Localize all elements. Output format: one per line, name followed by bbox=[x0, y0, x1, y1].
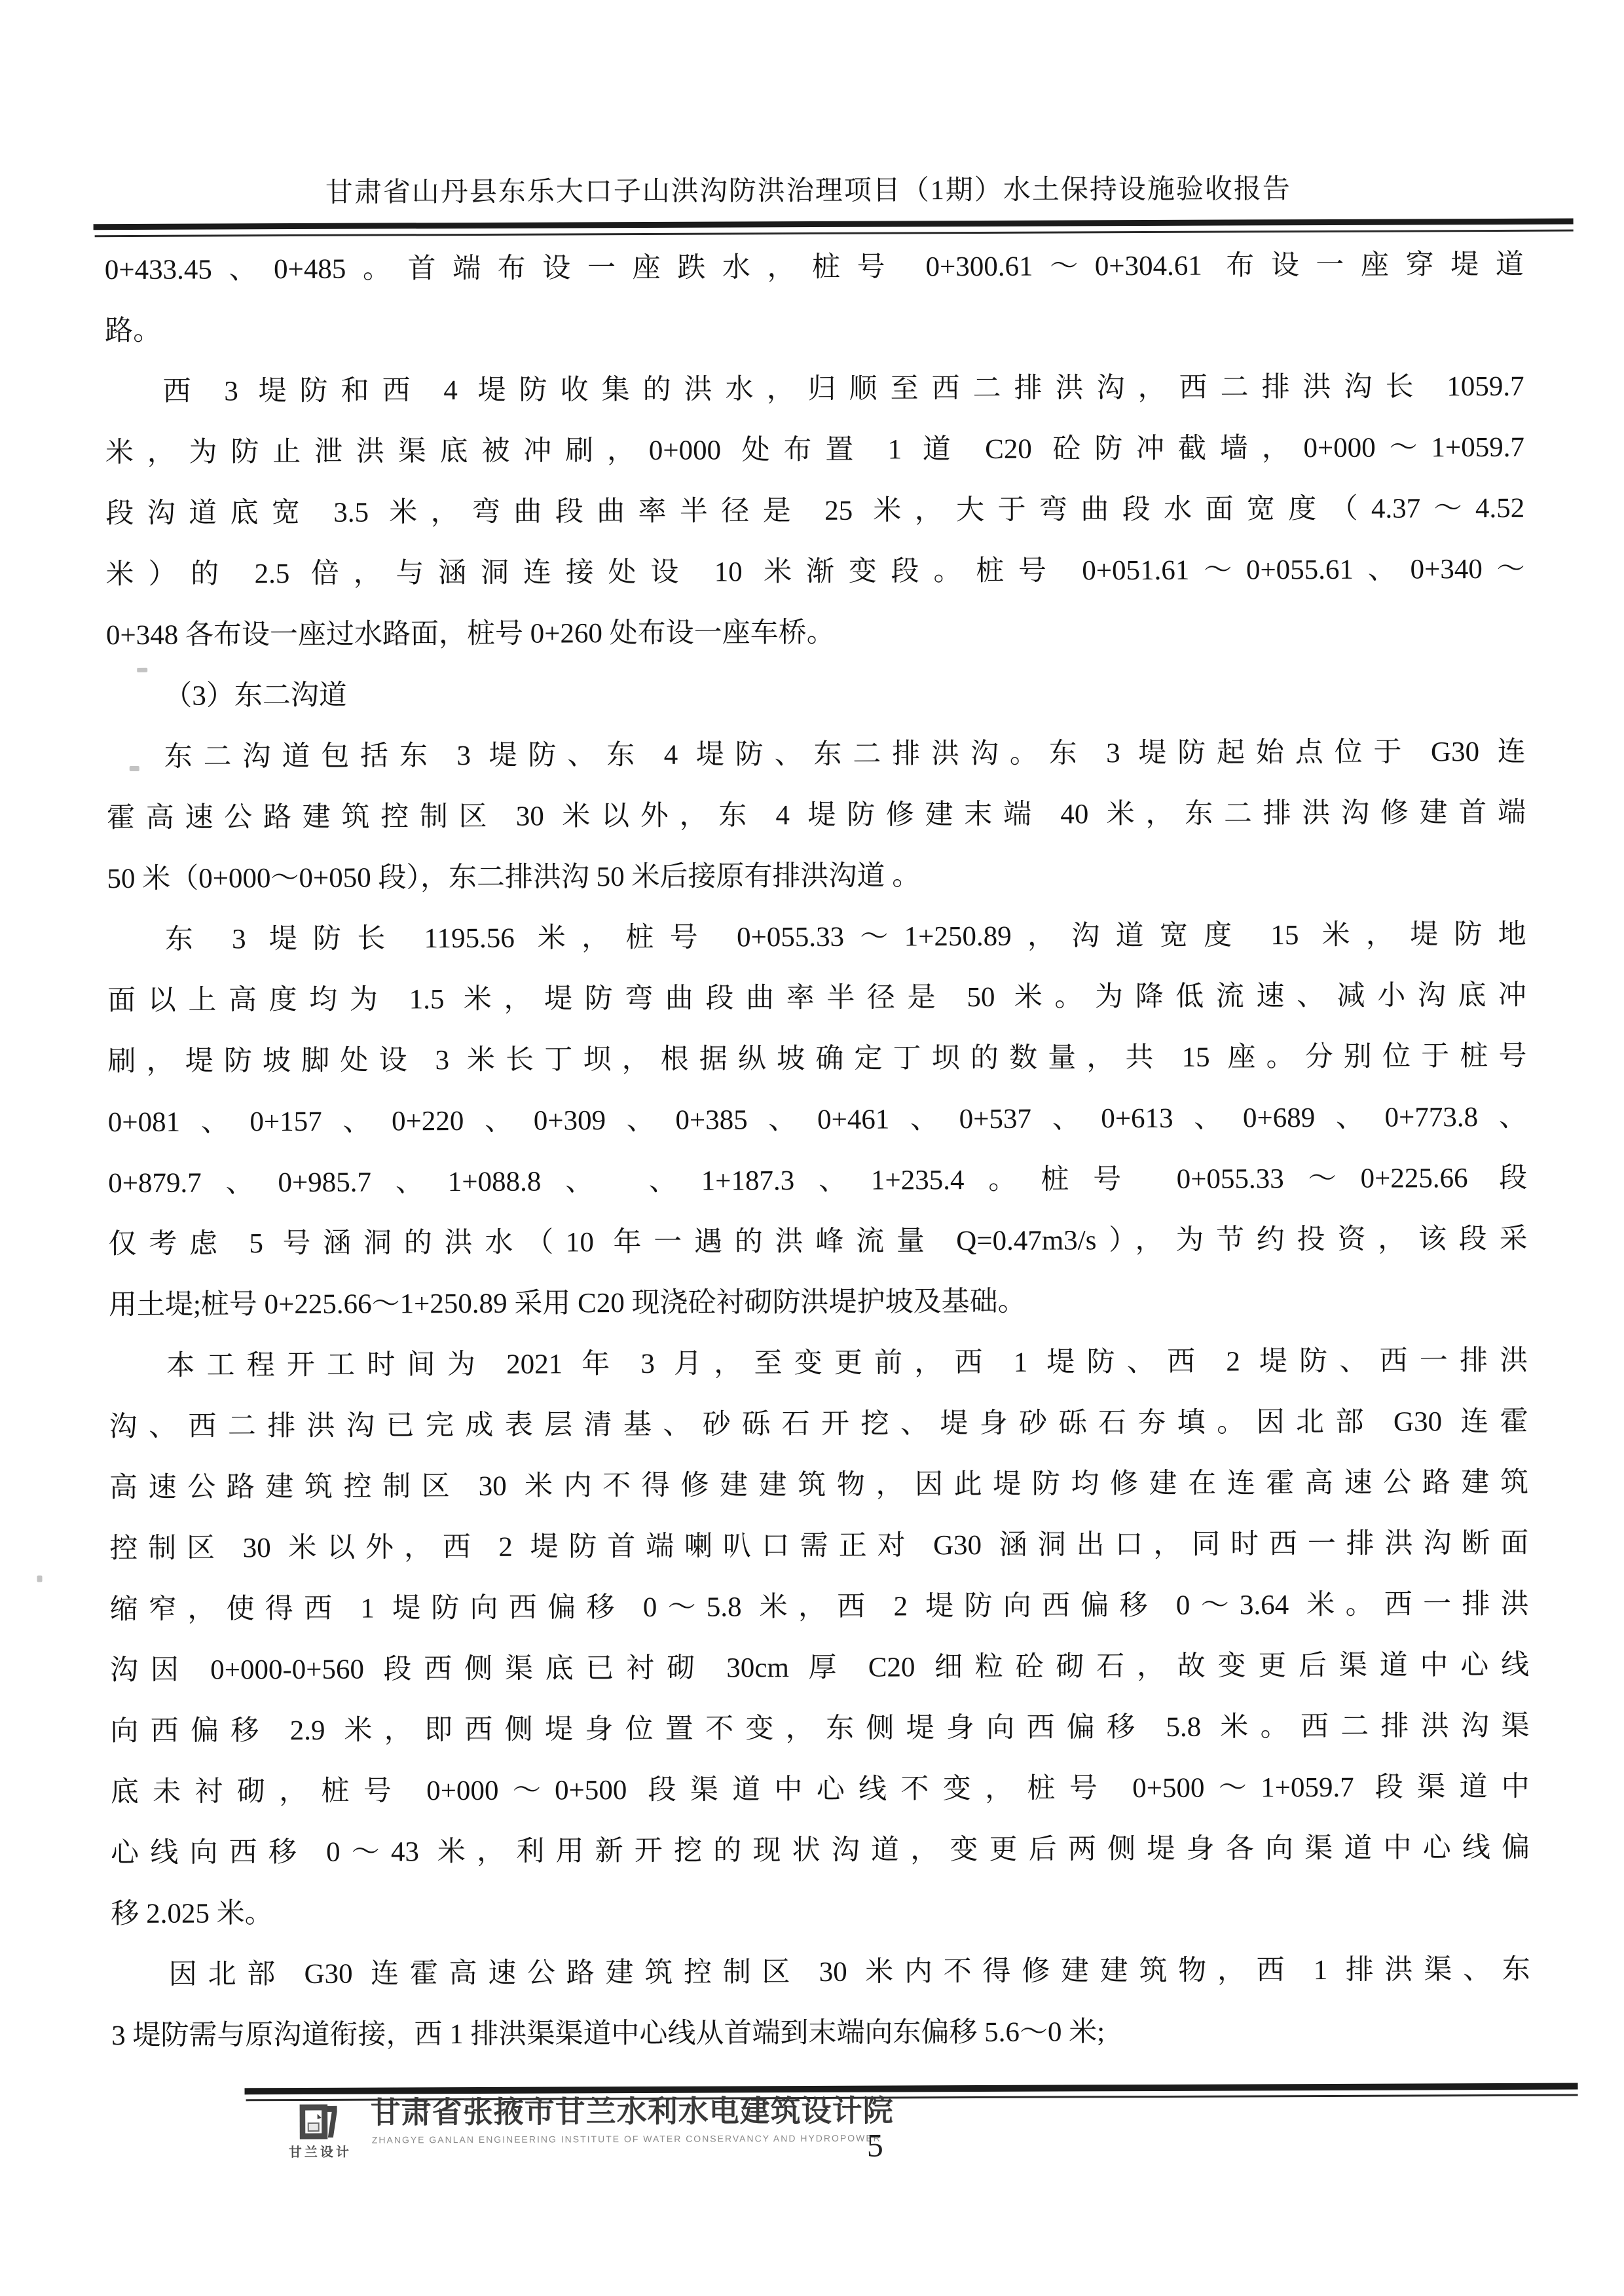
body-line: 50 米（0+000～0+050 段），东二排洪沟 50 米后接原有排洪沟道 。 bbox=[107, 843, 1526, 909]
scanned-content: 甘肃省山丹县东乐大口子山洪沟防洪治理项目（1期）水土保持设施验收报告 0+433… bbox=[0, 0, 1624, 2296]
body-line: 面以上高度均为 1.5 米，堤防弯曲段曲率半径是 50 米。为降低流速、减小沟底… bbox=[107, 965, 1526, 1031]
footer-organization-name-en: ZHANGYE GANLAN ENGINEERING INSTITUTE OF … bbox=[372, 2133, 857, 2145]
body-line: 本工程开工时间为 2021 年 3 月，至变更前，西 1 堤防、西 2 堤防、西… bbox=[109, 1330, 1528, 1396]
body-line: 0+348 各布设一座过水路面，桩号 0+260 处布设一座车桥。 bbox=[106, 600, 1525, 666]
body-line: 仅考虑 5 号涵洞的洪水（10 年一遇的洪峰流量 Q=0.47m3/s），为节约… bbox=[108, 1209, 1527, 1275]
body-line: 刷，堤防坡脚处设 3 米长丁坝，根据纵坡确定丁坝的数量，共 15 座。分别位于桩… bbox=[107, 1026, 1526, 1092]
body-line: 米，为防止泄洪渠底被冲刷，0+000 处布置 1 道 C20 砼防冲截墙，0+0… bbox=[105, 417, 1524, 483]
scan-speck bbox=[130, 766, 139, 771]
body-line: 移 2.025 米。 bbox=[111, 1878, 1530, 1944]
scan-speck bbox=[137, 668, 147, 672]
page-number: 5 bbox=[867, 2126, 883, 2164]
body-line: 0+081、0+157、0+220、0+309、0+385、0+461、0+53… bbox=[108, 1087, 1527, 1153]
footer-organization-name: 甘肃省张掖市甘兰水利水电建筑设计院 bbox=[371, 2094, 894, 2130]
body-line: 用土堤;桩号 0+225.66～1+250.89 采用 C20 现浇砼衬砌防洪堤… bbox=[109, 1269, 1528, 1336]
page-header-title: 甘肃省山丹县东乐大口子山洪沟防洪治理项目（1期）水土保持设施验收报告 bbox=[0, 170, 1620, 213]
body-line: 心线向西移 0～43 米，利用新开挖的现状沟道，变更后两侧堤身各向渠道中心线偏 bbox=[111, 1817, 1530, 1884]
ganlan-design-logo-icon bbox=[300, 2102, 338, 2140]
body-line: 沟因 0+000-0+560 段西侧渠底已衬砌 30cm 厚 C20 细粒砼砌石… bbox=[110, 1635, 1529, 1701]
body-line: 向西偏移 2.9 米，即西侧堤身位置不变，东侧堤身向西偏移 5.8 米。西二排洪… bbox=[110, 1696, 1529, 1762]
body-line: 西 3 堤防和西 4 堤防收集的洪水，归顺至西二排洪沟，西二排洪沟长 1059.… bbox=[105, 356, 1524, 422]
body-line: 缩窄，使得西 1 堤防向西偏移 0～5.8 米，西 2 堤防向西偏移 0～3.6… bbox=[110, 1574, 1529, 1640]
body-line: 0+879.7、0+985.7、1+088.8、 、1+187.3、1+235.… bbox=[108, 1148, 1527, 1214]
header-rule-thick bbox=[94, 219, 1574, 230]
scan-speck bbox=[37, 1576, 42, 1582]
body-line: 底未衬砌，桩号 0+000～0+500 段渠道中心线不变，桩号 0+500～1+… bbox=[111, 1757, 1530, 1823]
body-line: 因北部 G30 连霍高速公路建筑控制区 30 米内不得修建建筑物，西 1 排洪渠… bbox=[111, 1939, 1530, 2005]
body-line: 0+433.45、0+485。首端布设一座跌水，桩号 0+300.61～0+30… bbox=[105, 234, 1524, 301]
body-line: 东 3 堤防长 1195.56 米，桩号 0+055.33～1+250.89，沟… bbox=[107, 904, 1526, 970]
body-text: 0+433.45、0+485。首端布设一座跌水，桩号 0+300.61～0+30… bbox=[105, 234, 1531, 2066]
body-line: 高速公路建筑控制区 30 米内不得修建建筑物，因此堤防均修建在连霍高速公路建筑 bbox=[109, 1452, 1528, 1518]
body-line: 控制区 30 米以外，西 2 堤防首端喇叭口需正对 G30 涵洞出口，同时西一排… bbox=[109, 1513, 1528, 1579]
body-line: 沟、西二排洪沟已完成表层清基、砂砾石开挖、堤身砂砾石夯填。因北部 G30 连霍 bbox=[109, 1391, 1528, 1457]
body-line: 段沟道底宽 3.5 米，弯曲段曲率半径是 25 米，大于弯曲段水面宽度（4.37… bbox=[105, 478, 1524, 544]
document-page: 甘肃省山丹县东乐大口子山洪沟防洪治理项目（1期）水土保持设施验收报告 0+433… bbox=[0, 0, 1624, 2296]
logo-caption: 甘兰设计 bbox=[278, 2141, 363, 2160]
body-line: 路。 bbox=[105, 295, 1524, 361]
body-line: 霍高速公路建筑控制区 30 米以外，东 4 堤防修建末端 40 米，东二排洪沟修… bbox=[107, 782, 1526, 848]
body-line: （3）东二沟道 bbox=[106, 661, 1525, 727]
footer-rule-thick bbox=[245, 2083, 1578, 2095]
body-line: 东二沟道包括东 3 堤防、东 4 堤防、东二排洪沟。东 3 堤防起始点位于 G3… bbox=[107, 721, 1526, 788]
body-line: 米）的 2.5 倍，与涵洞连接处设 10 米渐变段。桩号 0+051.61～0+… bbox=[105, 539, 1524, 605]
body-line: 3 堤防需与原沟道衔接，西 1 排洪渠渠道中心线从首端到末端向东偏移 5.6～0… bbox=[111, 2000, 1530, 2066]
